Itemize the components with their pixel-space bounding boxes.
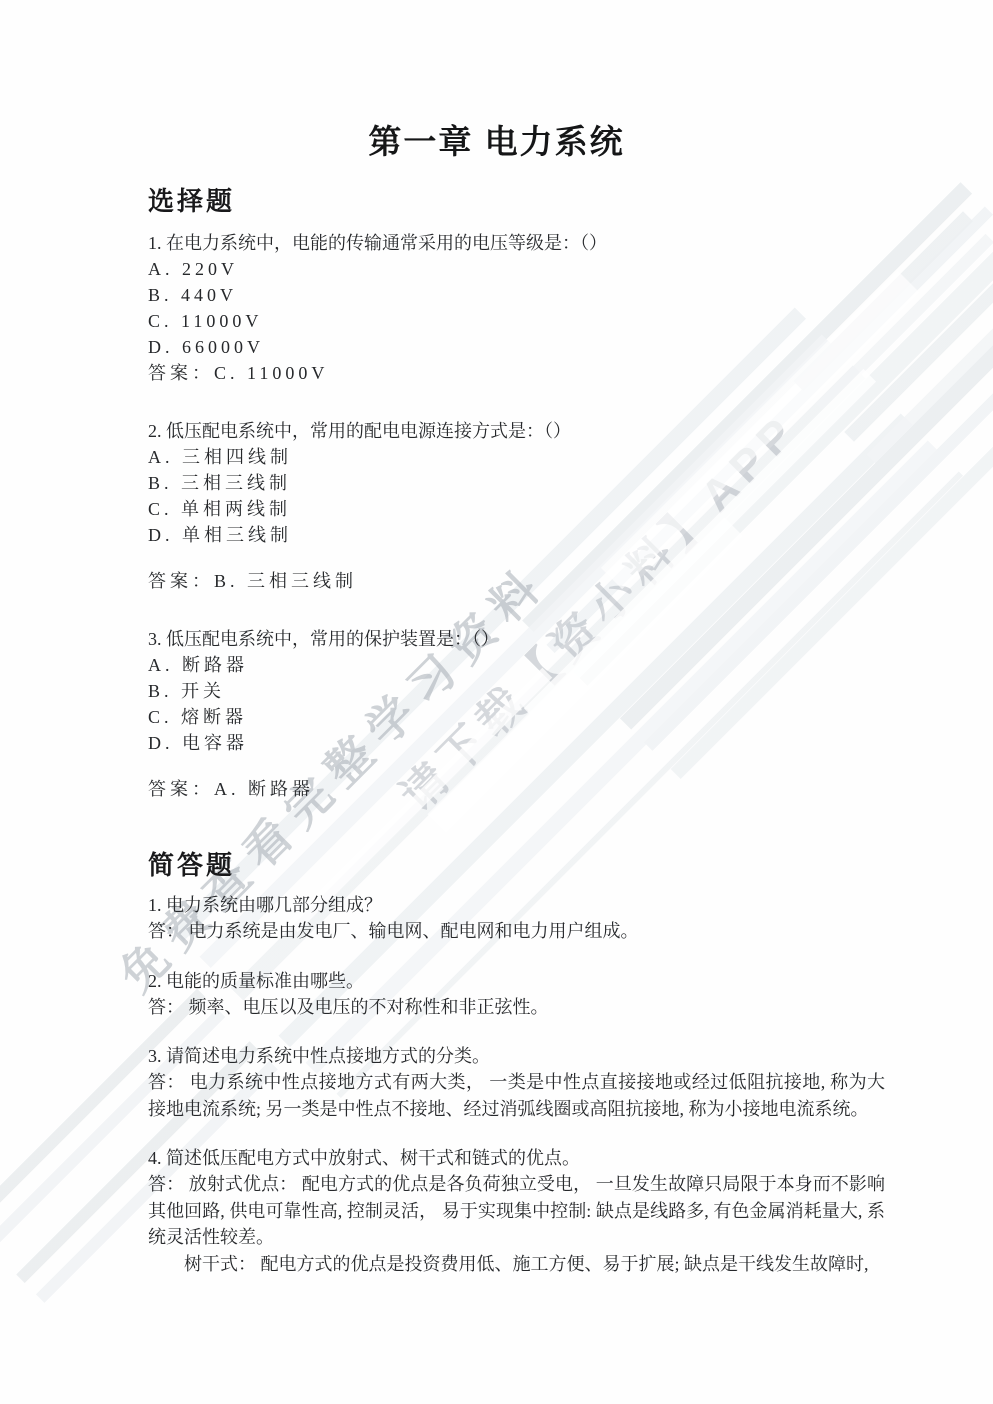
document-page: 免费查看完整学习资料 请下载【资小料】APP 第一章 电力系统 选择题 1. 在… xyxy=(0,0,993,1404)
mc-question-1: 1. 在电力系统中，电能的传输通常采用的电压等级是：（） A. 220V B. … xyxy=(148,230,885,386)
option-a: A. 220V xyxy=(148,256,885,282)
sa-answer-text: 答： 放射式优点： 配电方式的优点是各负荷独立受电， 一旦发生故障只局限于本身而… xyxy=(148,1171,885,1251)
question-stem: 3. 低压配电系统中，常用的保护装置是：（） xyxy=(148,626,885,652)
answer-line: 答案：B. 三相三线制 xyxy=(148,568,885,594)
sa-question-4: 4. 简述低压配电方式中放射式、树干式和链式的优点。 答： 放射式优点： 配电方… xyxy=(148,1145,885,1277)
sa-question-text: 4. 简述低压配电方式中放射式、树干式和链式的优点。 xyxy=(148,1145,885,1171)
option-b: B. 开关 xyxy=(148,678,885,704)
answer-line: 答案：A. 断路器 xyxy=(148,776,885,802)
option-c: C. 熔断器 xyxy=(148,704,885,730)
option-c: C. 11000V xyxy=(148,308,885,334)
option-b: B. 三相三线制 xyxy=(148,470,885,496)
sa-answer-text: 答： 频率、电压以及电压的不对称性和非正弦性。 xyxy=(148,994,885,1021)
sa-question-2: 2. 电能的质量标准由哪些。 答： 频率、电压以及电压的不对称性和非正弦性。 xyxy=(148,968,885,1021)
option-b: B. 440V xyxy=(148,282,885,308)
sa-question-3: 3. 请简述电力系统中性点接地方式的分类。 答： 电力系统中性点接地方式有两大类… xyxy=(148,1043,885,1122)
sa-question-1: 1. 电力系统由哪几部分组成？ 答： 电力系统是由发电厂、输电网、配电网和电力用… xyxy=(148,892,885,945)
option-a: A. 断路器 xyxy=(148,652,885,678)
sa-question-text: 1. 电力系统由哪几部分组成？ xyxy=(148,892,885,918)
section-heading-multiple-choice: 选择题 xyxy=(148,184,885,218)
option-a: A. 三相四线制 xyxy=(148,444,885,470)
answer-line: 答案：C. 11000V xyxy=(148,360,885,386)
sa-answer-text: 答： 电力系统是由发电厂、输电网、配电网和电力用户组成。 xyxy=(148,918,885,945)
option-d: D. 电容器 xyxy=(148,730,885,756)
sa-answer-text-continued: 树干式： 配电方式的优点是投资费用低、施工方便、易于扩展; 缺点是干线发生故障时… xyxy=(148,1251,885,1278)
option-d: D. 66000V xyxy=(148,334,885,360)
option-d: D. 单相三线制 xyxy=(148,522,885,548)
sa-question-text: 3. 请简述电力系统中性点接地方式的分类。 xyxy=(148,1043,885,1069)
sa-question-text: 2. 电能的质量标准由哪些。 xyxy=(148,968,885,994)
page-title: 第一章 电力系统 xyxy=(0,0,993,162)
question-stem: 2. 低压配电系统中，常用的配电电源连接方式是：（） xyxy=(148,418,885,444)
option-c: C. 单相两线制 xyxy=(148,496,885,522)
question-stem: 1. 在电力系统中，电能的传输通常采用的电压等级是：（） xyxy=(148,230,885,256)
mc-question-3: 3. 低压配电系统中，常用的保护装置是：（） A. 断路器 B. 开关 C. 熔… xyxy=(148,626,885,802)
sa-answer-text: 答： 电力系统中性点接地方式有两大类， 一类是中性点直接接地或经过低阻抗接地, … xyxy=(148,1069,885,1122)
section-heading-short-answer: 简答题 xyxy=(148,848,885,882)
mc-question-2: 2. 低压配电系统中，常用的配电电源连接方式是：（） A. 三相四线制 B. 三… xyxy=(148,418,885,594)
